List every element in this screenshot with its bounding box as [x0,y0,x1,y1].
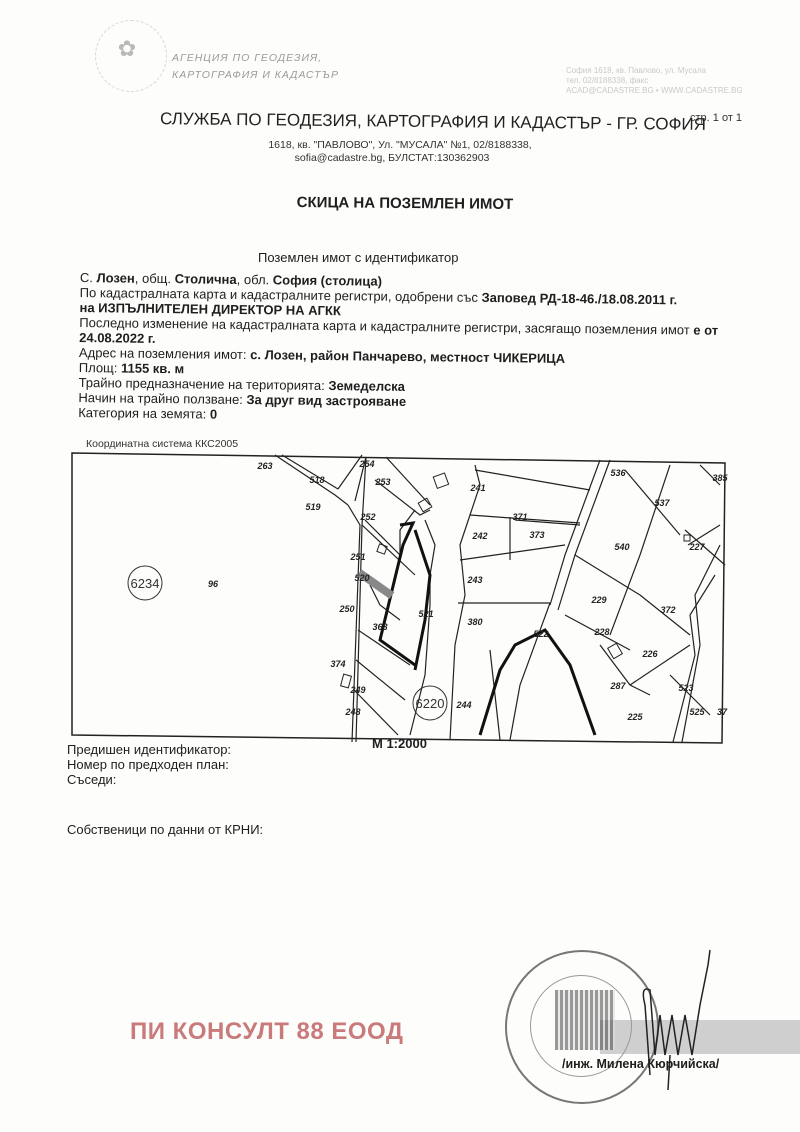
signatory-name: /инж. Милена Кюрчийска/ [562,1057,719,1071]
parcel-label: 37 [717,707,728,717]
bulgaria-map-icon: ✿ [112,36,142,62]
agency-line-1: АГЕНЦИЯ ПО ГЕОДЕЗИЯ, [172,50,339,67]
parcel-label: 519 [305,502,320,512]
identifier-label: Поземлен имот с идентификатор [258,250,458,265]
parcel-label: 244 [455,700,471,710]
cadastral-map: 2635185192542532522515202503683742492485… [70,445,730,745]
additional-fields: Предишен идентификатор: Номер по предход… [67,742,231,787]
agency-line-2: КАРТОГРАФИЯ И КАДАСТЪР [172,67,339,84]
agency-contact: София 1618, кв. Павлово, ул. Мусала тел.… [566,66,743,96]
contact-line: ACAD@CADASTRE.BG • WWW.CADASTRE.BG [566,86,743,96]
parcel-label: 229 [590,595,606,605]
parcel-label: 241 [469,483,485,493]
parcel-label: 251 [349,552,365,562]
parcel-label: 520 [354,573,369,583]
property-info: С. Лозен, общ. Столична, обл. София (сто… [78,270,780,429]
contact-line: тел. 02/8188338, факс [566,76,743,86]
parcel-label: 368 [372,622,387,632]
parcel-label: 263 [256,461,272,471]
previous-identifier-label: Предишен идентификатор: [67,742,231,757]
parcel-label: 287 [609,681,626,691]
parcel-label: 372 [660,605,675,615]
stamp-emblem-icon [555,990,615,1050]
parcel-label: 374 [330,659,345,669]
parcel-label: 96 [208,579,219,589]
parcel-label: 385 [712,473,728,483]
parcel-label: 254 [358,459,374,469]
parcel-label: 225 [626,712,643,722]
parcel-label: 248 [344,707,360,717]
parcel-label: 227 [688,542,705,552]
parcel-label: 228 [593,627,609,637]
district-6220: 6220 [416,696,445,711]
firm-watermark: ПИ КОНСУЛТ 88 ЕООД [130,1018,404,1046]
parcel-label: 250 [338,604,354,614]
office-name: СЛУЖБА ПО ГЕОДЕЗИЯ, КАРТОГРАФИЯ И КАДАСТ… [160,109,706,135]
parcel-label: 518 [309,475,324,485]
neighbors-label: Съседи: [67,772,231,787]
parcel-label: 243 [466,575,482,585]
owners-label: Собственици по данни от КРНИ: [67,822,263,837]
map-scale: М 1:2000 [372,736,427,751]
parcel-label: 522 [533,629,548,639]
parcel-label: 249 [349,685,365,695]
district-6234: 6234 [131,576,160,591]
parcel-label: 540 [614,542,629,552]
parcel-label: 536 [610,468,626,478]
parcel-label: 373 [529,530,544,540]
office-email: sofia@cadastre.bg, БУЛСТАТ:130362903 [0,152,792,165]
parcel-label: 253 [374,477,390,487]
agency-name: АГЕНЦИЯ ПО ГЕОДЕЗИЯ, КАРТОГРАФИЯ И КАДАС… [172,50,339,84]
contact-line: София 1618, кв. Павлово, ул. Мусала [566,66,743,76]
parcel-label: 226 [641,649,658,659]
parcel-label: 537 [654,498,670,508]
parcel-label: 252 [359,512,375,522]
plan-number-label: Номер по предходен план: [67,757,231,772]
parcel-label: 242 [471,531,487,541]
parcel-label: 525 [689,707,705,717]
office-address: 1618, кв. "ПАВЛОВО", Ул. "МУСАЛА" №1, 02… [0,139,800,152]
parcel-label: 380 [467,617,482,627]
parcel-label: 521 [418,609,433,619]
signature [630,945,750,1095]
parcel-label: 523 [678,683,693,693]
parcel-label: 371 [512,512,527,522]
document-title: СКИЦА НА ПОЗЕМЛЕН ИМОТ [0,191,800,215]
